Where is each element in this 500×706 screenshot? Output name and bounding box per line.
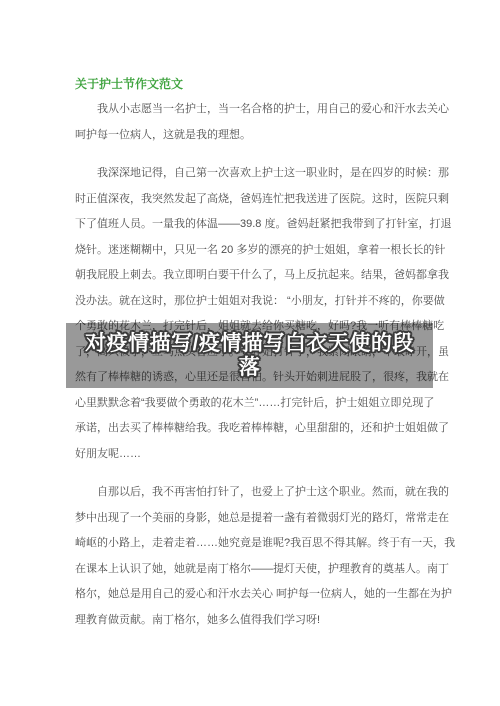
watermark-title: 对疫情描写/疫情描写白衣天使的段 落 [85,332,414,379]
paragraph-intro: 我从小志愿当一名护士，当一名合格的护士，用自己的爱心和汗水去关心 呵护每一位病人… [75,97,431,148]
paragraph-story: 我深深地记得，自己第一次喜欢上护士这一职业时，是在四岁的时候：那 时正值深夜，我… [75,161,431,467]
article-heading: 关于护士节作文范文 [75,77,431,91]
paragraph-nightingale: 自那以后，我不再害怕打针了，也爱上了护士这个职业。然而，就在我的 梦中出现了一个… [75,480,431,633]
watermark-title-band: 对疫情描写/疫情描写白衣天使的段 落 [66,323,433,388]
article-page: 关于护士节作文范文 我从小志愿当一名护士，当一名合格的护士，用自己的爱心和汗水去… [0,0,500,706]
